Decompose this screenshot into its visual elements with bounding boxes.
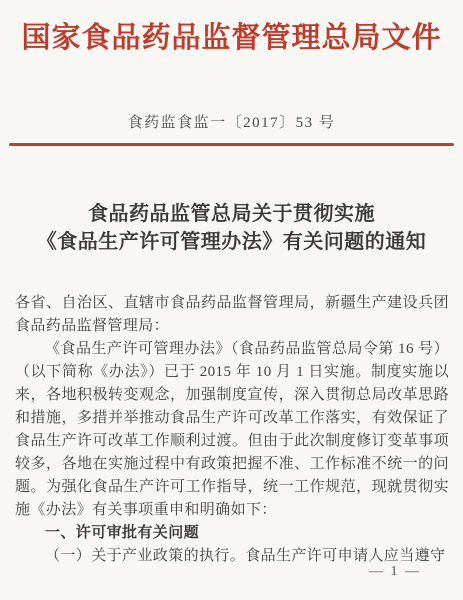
document-page: 国家食品药品监督管理总局文件 食药监食监一〔2017〕53 号 食品药品监管总局… — [0, 0, 463, 600]
document-number: 食药监食监一〔2017〕53 号 — [0, 111, 463, 132]
section-heading-1: 一、许可审批有关问题 — [15, 522, 449, 545]
document-title-line-2: 《食品生产许可管理办法》有关问题的通知 — [0, 228, 463, 256]
page-number: — 1 — — [369, 564, 421, 580]
letterhead-divider-rule — [9, 143, 454, 146]
document-title: 食品药品监管总局关于贯彻实施 《食品生产许可管理办法》有关问题的通知 — [0, 200, 463, 256]
letterhead-org-title: 国家食品药品监督管理总局文件 — [0, 0, 463, 61]
document-title-line-1: 食品药品监管总局关于贯彻实施 — [0, 200, 463, 228]
document-body: 各省、自治区、直辖市食品药品监督管理局，新疆生产建设兵团食品药品监督管理局： 《… — [15, 292, 449, 568]
salutation-paragraph: 各省、自治区、直辖市食品药品监督管理局，新疆生产建设兵团食品药品监督管理局： — [15, 292, 449, 338]
body-paragraph-1: 《食品生产许可管理办法》（食品药品监管总局令第 16 号）（以下简称《办法》）已… — [15, 338, 449, 522]
